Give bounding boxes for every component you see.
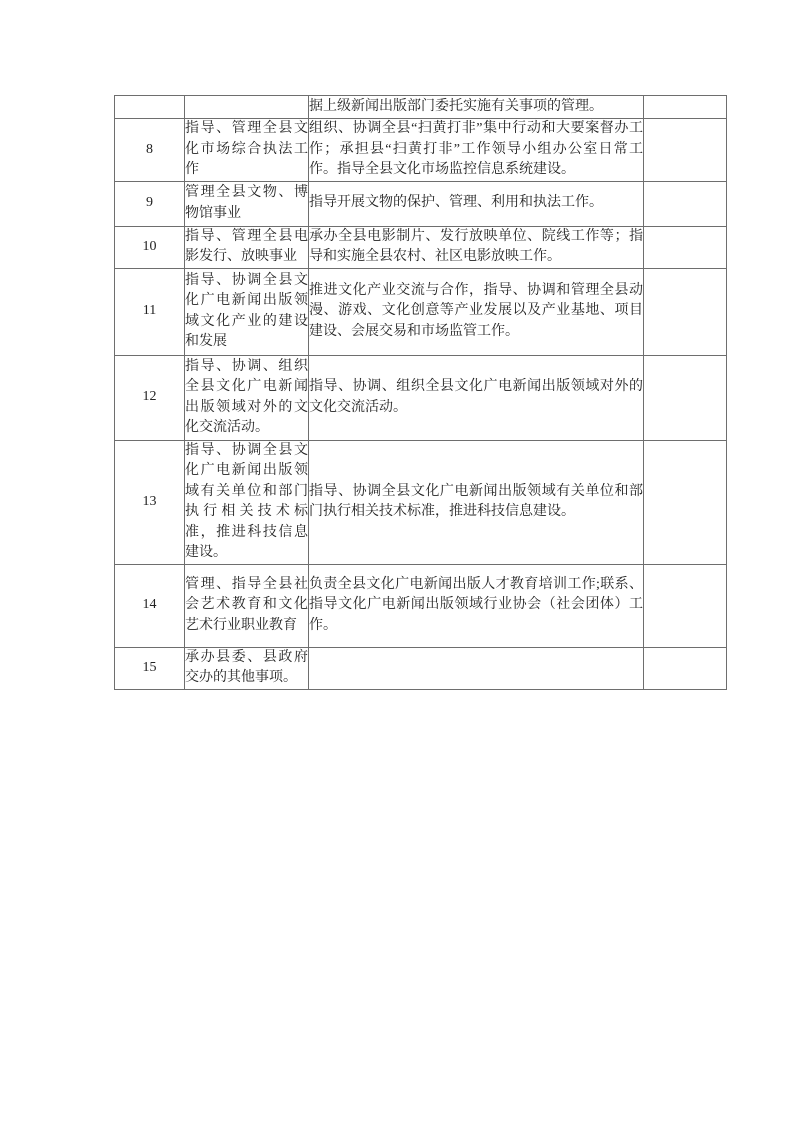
row-number-cell: 12: [115, 355, 185, 440]
table-row: 8指导、管理全县文化市场综合执法工作组织、协调全县“扫黄打非”集中行动和大要案督…: [115, 119, 727, 182]
table-row: 14管理、指导全县社会艺术教育和文化艺术行业职业教育负责全县文化广电新闻出版人才…: [115, 564, 727, 647]
remark-cell: [644, 440, 727, 564]
duty-title-cell: 指导、协调全县文化广电新闻出版领域有关单位和部门执行相关技术标准，推进科技信息建…: [185, 440, 309, 564]
row-number-cell: 8: [115, 119, 185, 182]
duty-title-cell: 指导、管理全县文化市场综合执法工作: [185, 119, 309, 182]
duty-title-cell: 承办县委、县政府交办的其他事项。: [185, 647, 309, 689]
row-number-cell: 13: [115, 440, 185, 564]
table-row: 9管理全县文物、博物馆事业指导开展文物的保护、管理、利用和执法工作。: [115, 181, 727, 226]
duty-description-cell: 指导、协调全县文化广电新闻出版领域有关单位和部门执行相关技术标准，推进科技信息建…: [309, 440, 644, 564]
table-row: 13指导、协调全县文化广电新闻出版领域有关单位和部门执行相关技术标准，推进科技信…: [115, 440, 727, 564]
duty-description-cell: [309, 647, 644, 689]
table-row: 15承办县委、县政府交办的其他事项。: [115, 647, 727, 689]
duty-description-cell: 推进文化产业交流与合作，指导、协调和管理全县动漫、游戏、文化创意等产业发展以及产…: [309, 268, 644, 355]
table-row: 据上级新闻出版部门委托实施有关事项的管理。: [115, 96, 727, 119]
row-number-cell: 15: [115, 647, 185, 689]
duty-description-cell: 据上级新闻出版部门委托实施有关事项的管理。: [309, 96, 644, 119]
remark-cell: [644, 355, 727, 440]
duty-title-cell: 指导、协调全县文化广电新闻出版领域文化产业的建设和发展: [185, 268, 309, 355]
table-row: 12指导、协调、组织全县文化广电新闻出版领域对外的文化交流活动。指导、协调、组织…: [115, 355, 727, 440]
duties-table: 据上级新闻出版部门委托实施有关事项的管理。8指导、管理全县文化市场综合执法工作组…: [114, 95, 727, 690]
row-number-cell: 9: [115, 181, 185, 226]
remark-cell: [644, 181, 727, 226]
row-number-cell: [115, 96, 185, 119]
remark-cell: [644, 226, 727, 268]
duty-description-cell: 承办全县电影制片、发行放映单位、院线工作等；指导和实施全县农村、社区电影放映工作…: [309, 226, 644, 268]
duty-description-cell: 组织、协调全县“扫黄打非”集中行动和大要案督办工作；承担县“扫黄打非”工作领导小…: [309, 119, 644, 182]
duty-title-cell: 指导、管理全县电影发行、放映事业: [185, 226, 309, 268]
duty-title-cell: [185, 96, 309, 119]
row-number-cell: 14: [115, 564, 185, 647]
table-row: 11指导、协调全县文化广电新闻出版领域文化产业的建设和发展推进文化产业交流与合作…: [115, 268, 727, 355]
remark-cell: [644, 564, 727, 647]
remark-cell: [644, 268, 727, 355]
remark-cell: [644, 119, 727, 182]
duty-description-cell: 指导、协调、组织全县文化广电新闻出版领域对外的文化交流活动。: [309, 355, 644, 440]
row-number-cell: 10: [115, 226, 185, 268]
remark-cell: [644, 647, 727, 689]
duty-title-cell: 指导、协调、组织全县文化广电新闻出版领域对外的文化交流活动。: [185, 355, 309, 440]
duty-title-cell: 管理、指导全县社会艺术教育和文化艺术行业职业教育: [185, 564, 309, 647]
document-page: 据上级新闻出版部门委托实施有关事项的管理。8指导、管理全县文化市场综合执法工作组…: [0, 0, 793, 1122]
duty-description-cell: 负责全县文化广电新闻出版人才教育培训工作;联系、指导文化广电新闻出版领域行业协会…: [309, 564, 644, 647]
duty-title-cell: 管理全县文物、博物馆事业: [185, 181, 309, 226]
table-row: 10指导、管理全县电影发行、放映事业承办全县电影制片、发行放映单位、院线工作等；…: [115, 226, 727, 268]
remark-cell: [644, 96, 727, 119]
duty-description-cell: 指导开展文物的保护、管理、利用和执法工作。: [309, 181, 644, 226]
row-number-cell: 11: [115, 268, 185, 355]
